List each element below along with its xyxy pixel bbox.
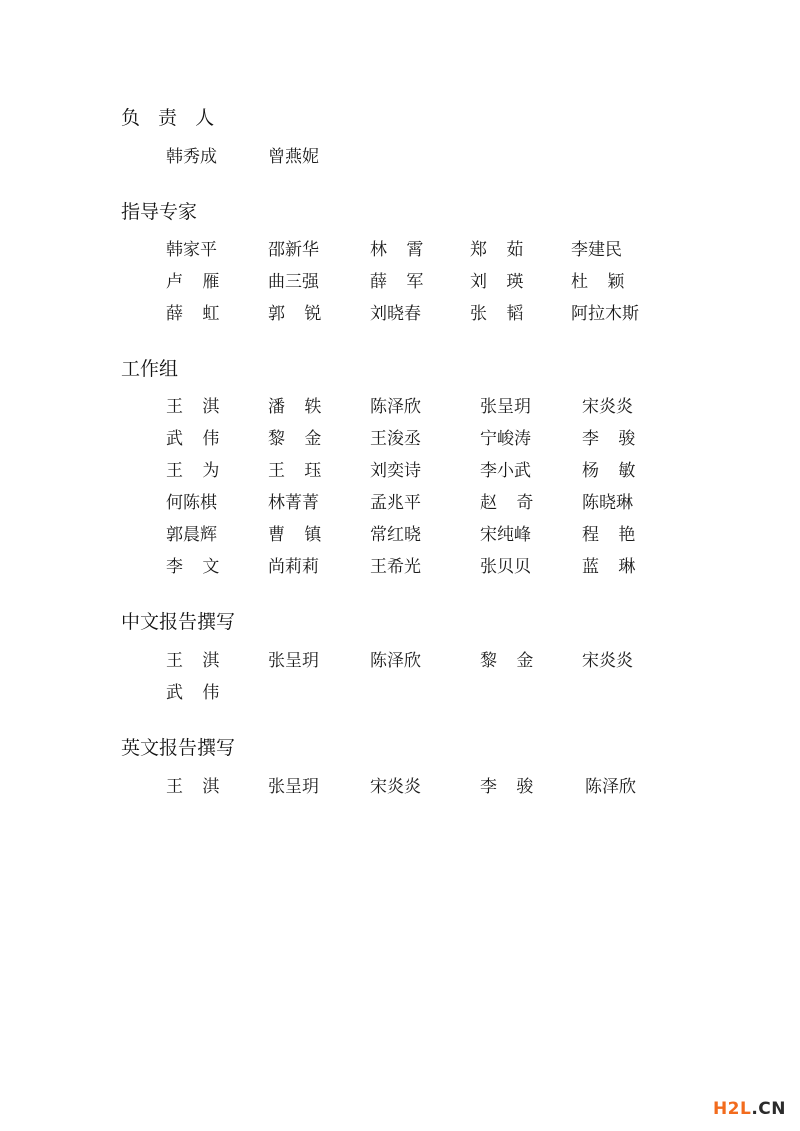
person-name: 薛 虹 (166, 303, 219, 325)
section-heading-english-report-writers: 英文报告撰写 (121, 736, 235, 760)
section-heading-experts: 指导专家 (121, 200, 197, 224)
person-name: 何陈棋 (166, 492, 217, 514)
person-name: 张呈玥 (480, 396, 531, 418)
person-name: 郑 茹 (470, 239, 523, 261)
person-name: 王希光 (370, 556, 421, 578)
person-name: 张 韬 (470, 303, 523, 325)
person-name: 陈泽欣 (585, 776, 636, 798)
person-name: 张呈玥 (268, 650, 319, 672)
person-name: 林 霄 (370, 239, 423, 261)
person-name: 阿拉木斯 (571, 303, 639, 325)
person-name: 陈晓琳 (582, 492, 633, 514)
person-name: 王浚丞 (370, 428, 421, 450)
person-name: 王 淇 (166, 650, 219, 672)
section-heading-leads: 负 责 人 (121, 106, 220, 130)
person-name: 尚莉莉 (268, 556, 319, 578)
person-name: 王 淇 (166, 776, 219, 798)
person-name: 李 骏 (480, 776, 533, 798)
person-name: 常红晓 (370, 524, 421, 546)
person-name: 韩家平 (166, 239, 217, 261)
person-name: 陈泽欣 (370, 396, 421, 418)
person-name: 刘晓春 (370, 303, 421, 325)
section-heading-working-group: 工作组 (121, 357, 178, 381)
person-name: 林菁菁 (268, 492, 319, 514)
person-name: 韩秀成 (166, 146, 217, 168)
person-name: 李 骏 (582, 428, 635, 450)
person-name: 程 艳 (582, 524, 635, 546)
person-name: 卢 雁 (166, 271, 219, 293)
watermark-domain: .CN (751, 1099, 786, 1119)
person-name: 杨 敏 (582, 460, 635, 482)
person-name: 潘 轶 (268, 396, 321, 418)
person-name: 宋纯峰 (480, 524, 531, 546)
person-name: 张呈玥 (268, 776, 319, 798)
person-name: 黎 金 (480, 650, 533, 672)
person-name: 李 文 (166, 556, 219, 578)
person-name: 武 伟 (166, 682, 219, 704)
person-name: 宋炎炎 (370, 776, 421, 798)
person-name: 宋炎炎 (582, 396, 633, 418)
person-name: 曲三强 (268, 271, 319, 293)
section-heading-chinese-report-writers: 中文报告撰写 (121, 610, 235, 634)
person-name: 孟兆平 (370, 492, 421, 514)
person-name: 李小武 (480, 460, 531, 482)
person-name: 王 珏 (268, 460, 321, 482)
person-name: 薛 军 (370, 271, 423, 293)
person-name: 王 为 (166, 460, 219, 482)
person-name: 刘 瑛 (470, 271, 523, 293)
person-name: 宁峻涛 (480, 428, 531, 450)
person-name: 郭晨辉 (166, 524, 217, 546)
person-name: 陈泽欣 (370, 650, 421, 672)
person-name: 蓝 琳 (582, 556, 635, 578)
person-name: 邵新华 (268, 239, 319, 261)
person-name: 刘奕诗 (370, 460, 421, 482)
person-name: 郭 锐 (268, 303, 321, 325)
person-name: 张贝贝 (480, 556, 531, 578)
person-name: 宋炎炎 (582, 650, 633, 672)
person-name: 黎 金 (268, 428, 321, 450)
person-name: 曹 镇 (268, 524, 321, 546)
person-name: 王 淇 (166, 396, 219, 418)
watermark-brand: H2L (713, 1099, 751, 1119)
site-watermark-logo: H2L.CN (713, 1099, 786, 1119)
person-name: 曾燕妮 (268, 146, 319, 168)
person-name: 武 伟 (166, 428, 219, 450)
person-name: 李建民 (571, 239, 622, 261)
person-name: 赵 奇 (480, 492, 533, 514)
person-name: 杜 颖 (571, 271, 624, 293)
